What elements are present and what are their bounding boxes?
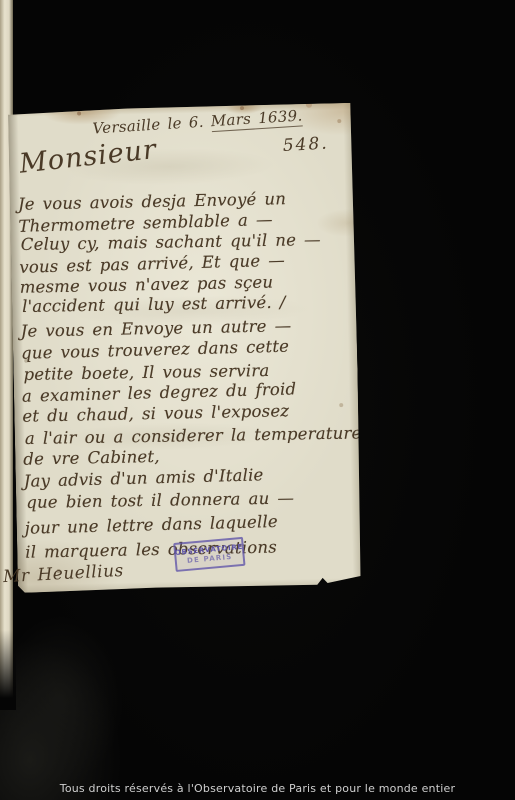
adjacent-page-edge <box>0 0 13 706</box>
strip-shadow <box>0 630 16 710</box>
photo-background: Versaille le 6. Mars 1639. 548. Monsieur… <box>0 0 515 800</box>
archive-number: 548. <box>282 134 329 157</box>
dateline-date: Mars 1639. <box>210 106 303 132</box>
letter-page: Versaille le 6. Mars 1639. 548. Monsieur… <box>8 103 362 593</box>
salutation: Monsieur <box>18 134 159 180</box>
observatory-stamp: OBSERVATOIRE DE PARIS <box>173 537 245 572</box>
manuscript-line: l'accident qui luy est arrivé. / <box>22 292 356 318</box>
footer-caption: Tous droits réservés à l'Observatoire de… <box>0 782 515 795</box>
manuscript-line: jour une lettre dans laquelle <box>25 510 361 540</box>
manuscript-body: Je vous avois desja Envoyé un Thermometr… <box>18 188 362 564</box>
dateline: Versaille le 6. Mars 1639. <box>92 106 303 137</box>
